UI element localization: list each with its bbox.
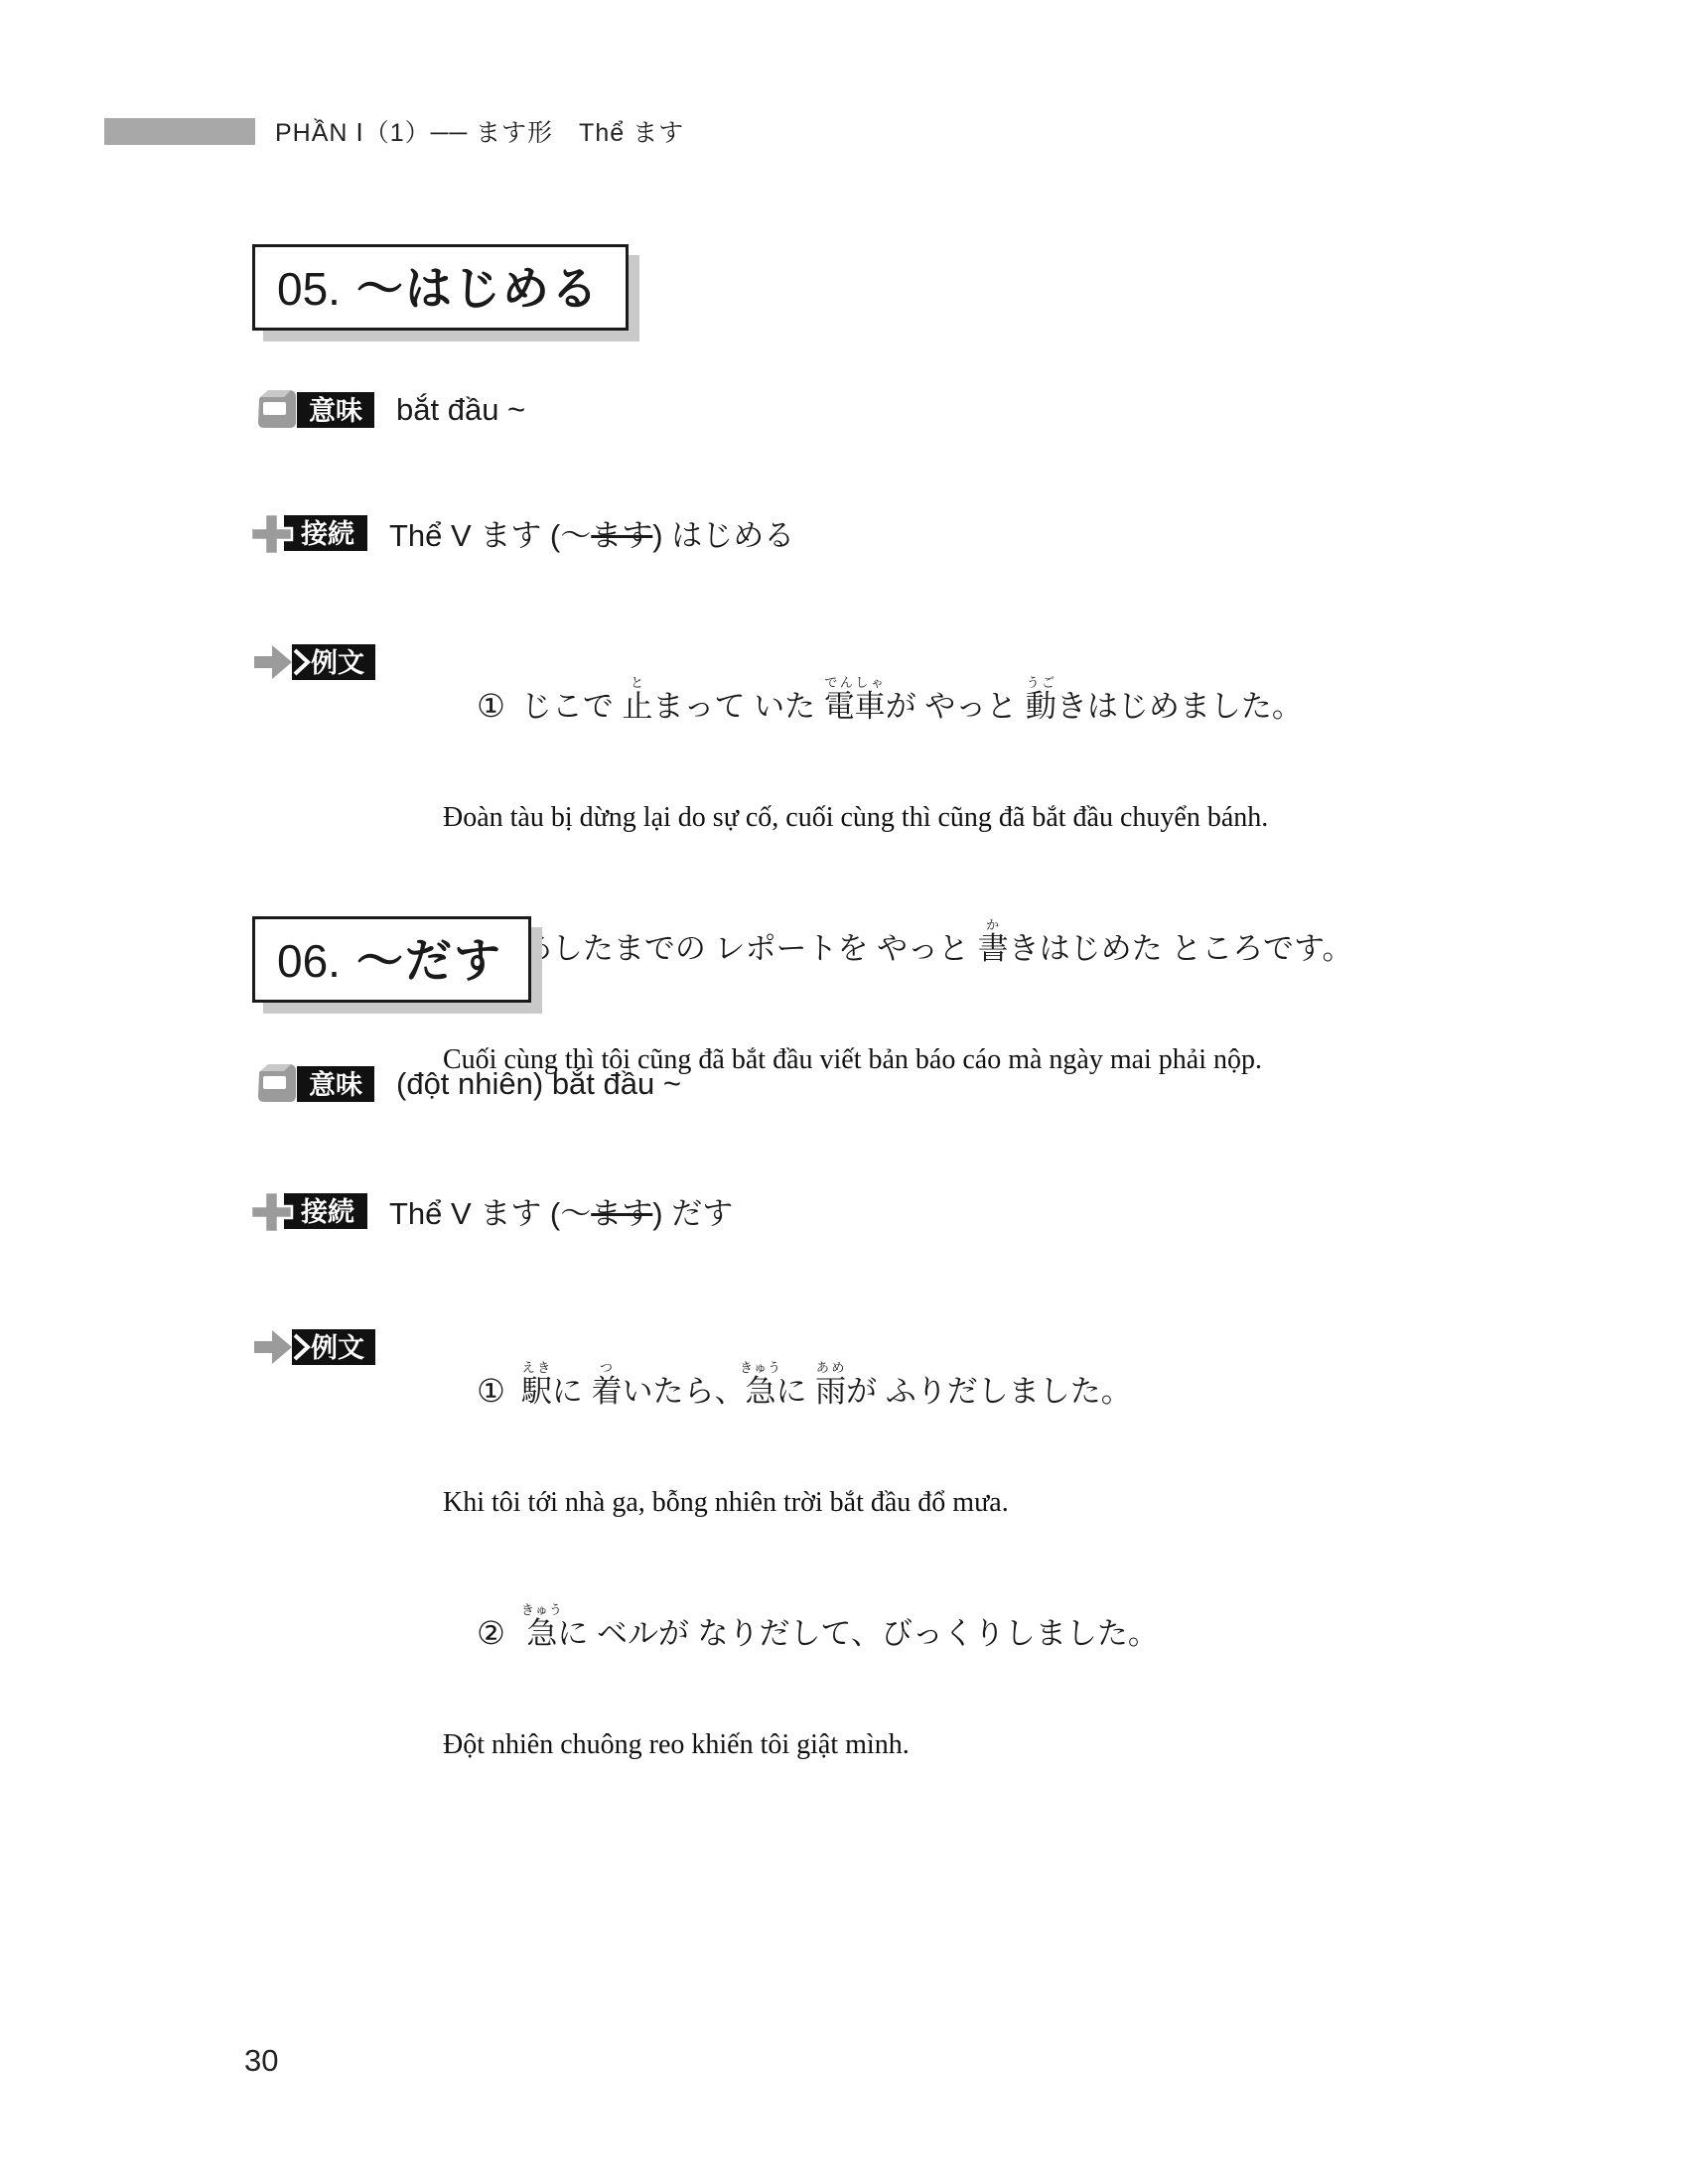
examples-list: ①駅えきに 着ついたら、急きゅうに 雨あめが ふりだしました。 Khi tôi … [391,1296,1159,1781]
connection-text: Thể V ます (～ます) はじめる [389,510,794,555]
example-number: ① [477,688,505,724]
example-item: ①駅えきに 着ついたら、急きゅうに 雨あめが ふりだしました。 Khi tôi … [391,1296,1159,1519]
examples-list: ①じこで 止とまって いた 電車でんしゃが やっと 動うごきはじめました。 Đo… [391,611,1353,1096]
connection-row-06: 接続 Thể V ます (～ます) だす [244,1188,733,1233]
example-translation: Khi tôi tới nhà ga, bỗng nhiên trời bắt … [443,1487,1159,1519]
example-japanese: あしたまでの レポートを やっと 書かきはじめた ところです。 [521,931,1353,966]
section-number: 05. [277,262,341,316]
imi-label: 意味 [309,1069,362,1100]
example-japanese-line: ①じこで 止とまって いた 電車でんしゃが やっと 動うごきはじめました。 [391,611,1353,802]
book-icon: 意味 [251,1062,374,1106]
example-translation: Đoàn tàu bị dừng lại do sự cố, cuối cùng… [443,802,1353,834]
example-japanese: 駅えきに 着ついたら、急きゅうに 雨あめが ふりだしました。 [521,1374,1132,1409]
plus-icon: 接続 [244,1189,367,1233]
book-icon: 意味 [251,388,374,432]
page-header: PHẦN Ⅰ（1）── ます形 Thể ます [104,113,684,149]
meaning-text: bắt đầu ~ [396,392,525,428]
section-grammar-title: ～はじめる [356,252,600,319]
reibun-label: 例文 [311,648,364,678]
examples-block-06: 例文 ①駅えきに 着ついたら、急きゅうに 雨あめが ふりだしました。 Khi t… [252,1296,1159,1781]
meaning-row-05: 意味 bắt đầu ~ [251,388,525,432]
example-translation: Đột nhiên chuông reo khiến tôi giật mình… [443,1729,1159,1761]
meaning-row-06: 意味 (đột nhiên) bắt đầu ~ [251,1062,681,1106]
setsuzoku-label: 接続 [301,519,354,549]
example-item: ②あしたまでの レポートを やっと 書かきはじめた ところです。 Cuối cù… [391,854,1353,1077]
reibun-label: 例文 [311,1333,364,1363]
imi-label: 意味 [309,395,362,426]
section-number: 06. [277,934,341,988]
setsuzoku-label: 接続 [301,1197,354,1227]
connection-row-05: 接続 Thể V ます (～ます) はじめる [244,510,794,555]
example-japanese-line: ①駅えきに 着ついたら、急きゅうに 雨あめが ふりだしました。 [391,1296,1159,1487]
section-05-title-box: 05. ～はじめる [252,244,629,331]
example-item: ①じこで 止とまって いた 電車でんしゃが やっと 動うごきはじめました。 Đo… [391,611,1353,834]
header-bar [104,118,255,145]
example-japanese: 急きゅうに ベルが なりだして、びっくりしました。 [521,1616,1159,1651]
example-number: ① [477,1373,505,1409]
example-item: ②急きゅうに ベルが なりだして、びっくりしました。 Đột nhiên chu… [391,1539,1159,1762]
plus-icon: 接続 [244,511,367,555]
textbook-page: PHẦN Ⅰ（1）── ます形 Thể ます 05. ～はじめる 意味 bắt … [0,0,1688,2184]
page-number: 30 [244,2043,278,2079]
header-title: PHẦN Ⅰ（1）── ます形 Thể ます [275,113,684,149]
section-grammar-title: ～だす [356,924,502,991]
section-06-title-box: 06. ～だす [252,916,531,1003]
example-number: ② [477,1615,505,1651]
example-japanese-line: ②急きゅうに ベルが なりだして、びっくりしました。 [391,1539,1159,1730]
examples-block-05: 例文 ①じこで 止とまって いた 電車でんしゃが やっと 動うごきはじめました。… [252,611,1353,1096]
example-japanese: じこで 止とまって いた 電車でんしゃが やっと 動うごきはじめました。 [521,689,1303,724]
arrow-icon: 例文 [252,1325,375,1369]
example-japanese-line: ②あしたまでの レポートを やっと 書かきはじめた ところです。 [391,854,1353,1045]
arrow-icon: 例文 [252,640,375,684]
connection-text: Thể V ます (～ます) だす [389,1188,733,1233]
meaning-text: (đột nhiên) bắt đầu ~ [396,1066,681,1102]
